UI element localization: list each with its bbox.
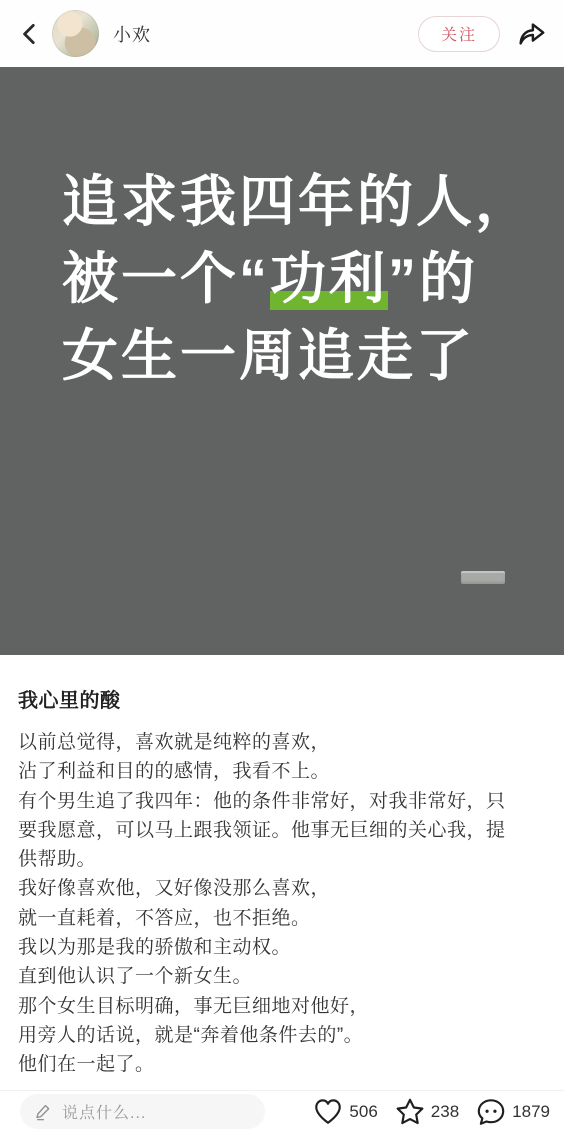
post-text-line: 有个男生追了我四年：他的条件非常好，对我非常好，只 [18,787,546,816]
pencil-icon [34,1102,53,1121]
comment-bubble-icon [476,1097,506,1127]
post-text-line: 供帮助。 [18,845,546,874]
watermark-redacted-block [461,571,505,584]
cover-headline: 追求我四年的人， 被一个“功利”的 女生一周追走了 [0,67,564,394]
post-text-line: 他们在一起了。 [18,1050,546,1079]
back-button[interactable] [16,20,44,48]
post-text-line: 要我愿意，可以马上跟我领证。他事无巨细的关心我，提 [18,816,546,845]
like-count: 506 [349,1102,377,1122]
like-button[interactable]: 506 [313,1097,377,1127]
post-text-line: 我以为那是我的骄傲和主动权。 [18,933,546,962]
comment-count: 1879 [512,1102,550,1122]
cover-line-3: 女生一周追走了 [62,317,564,394]
post-detail-page: 小欢 关注 追求我四年的人， 被一个“功利”的 女生一周追走了 我心里的酸 以前… [0,0,564,1136]
heart-icon [313,1097,343,1127]
top-navigation-bar: 小欢 关注 [0,0,564,67]
cover-line-2: 被一个“功利”的 [62,240,564,317]
avatar[interactable] [52,10,99,57]
comment-placeholder: 说点什么... [62,1100,146,1123]
share-button[interactable] [514,17,548,51]
post-title: 我心里的酸 [18,684,546,713]
cover-line-1: 追求我四年的人， [62,163,564,240]
post-text-line: 沾了利益和目的的感情，我看不上。 [18,757,546,786]
comment-button[interactable]: 1879 [476,1097,550,1127]
star-icon [395,1097,425,1127]
post-text-line: 以前总觉得，喜欢就是纯粹的喜欢， [18,728,546,757]
highlighted-keyword: 功利 [270,247,388,310]
collect-button[interactable]: 238 [395,1097,459,1127]
follow-button[interactable]: 关注 [418,16,500,52]
bottom-action-bar: 说点什么... 506 238 1879 [0,1090,564,1136]
post-text-line: 用旁人的话说，就是“奔着他条件去的”。 [18,1021,546,1050]
cover-image[interactable]: 追求我四年的人， 被一个“功利”的 女生一周追走了 [0,67,564,655]
username[interactable]: 小欢 [113,21,151,47]
back-chevron-icon [17,21,43,47]
comment-input[interactable]: 说点什么... [20,1094,265,1129]
post-text-line: 直到他认识了一个新女生。 [18,962,546,991]
engagement-actions: 506 238 1879 [296,1097,550,1127]
share-arrow-icon [515,18,547,50]
post-text-line: 我好像喜欢他，又好像没那么喜欢， [18,874,546,903]
post-text-line: 就一直耗着，不答应，也不拒绝。 [18,904,546,933]
post-content: 我心里的酸 以前总觉得，喜欢就是纯粹的喜欢， 沾了利益和目的的感情，我看不上。 … [0,655,564,1080]
post-text-line: 那个女生目标明确，事无巨细地对他好， [18,992,546,1021]
collect-count: 238 [431,1102,459,1122]
